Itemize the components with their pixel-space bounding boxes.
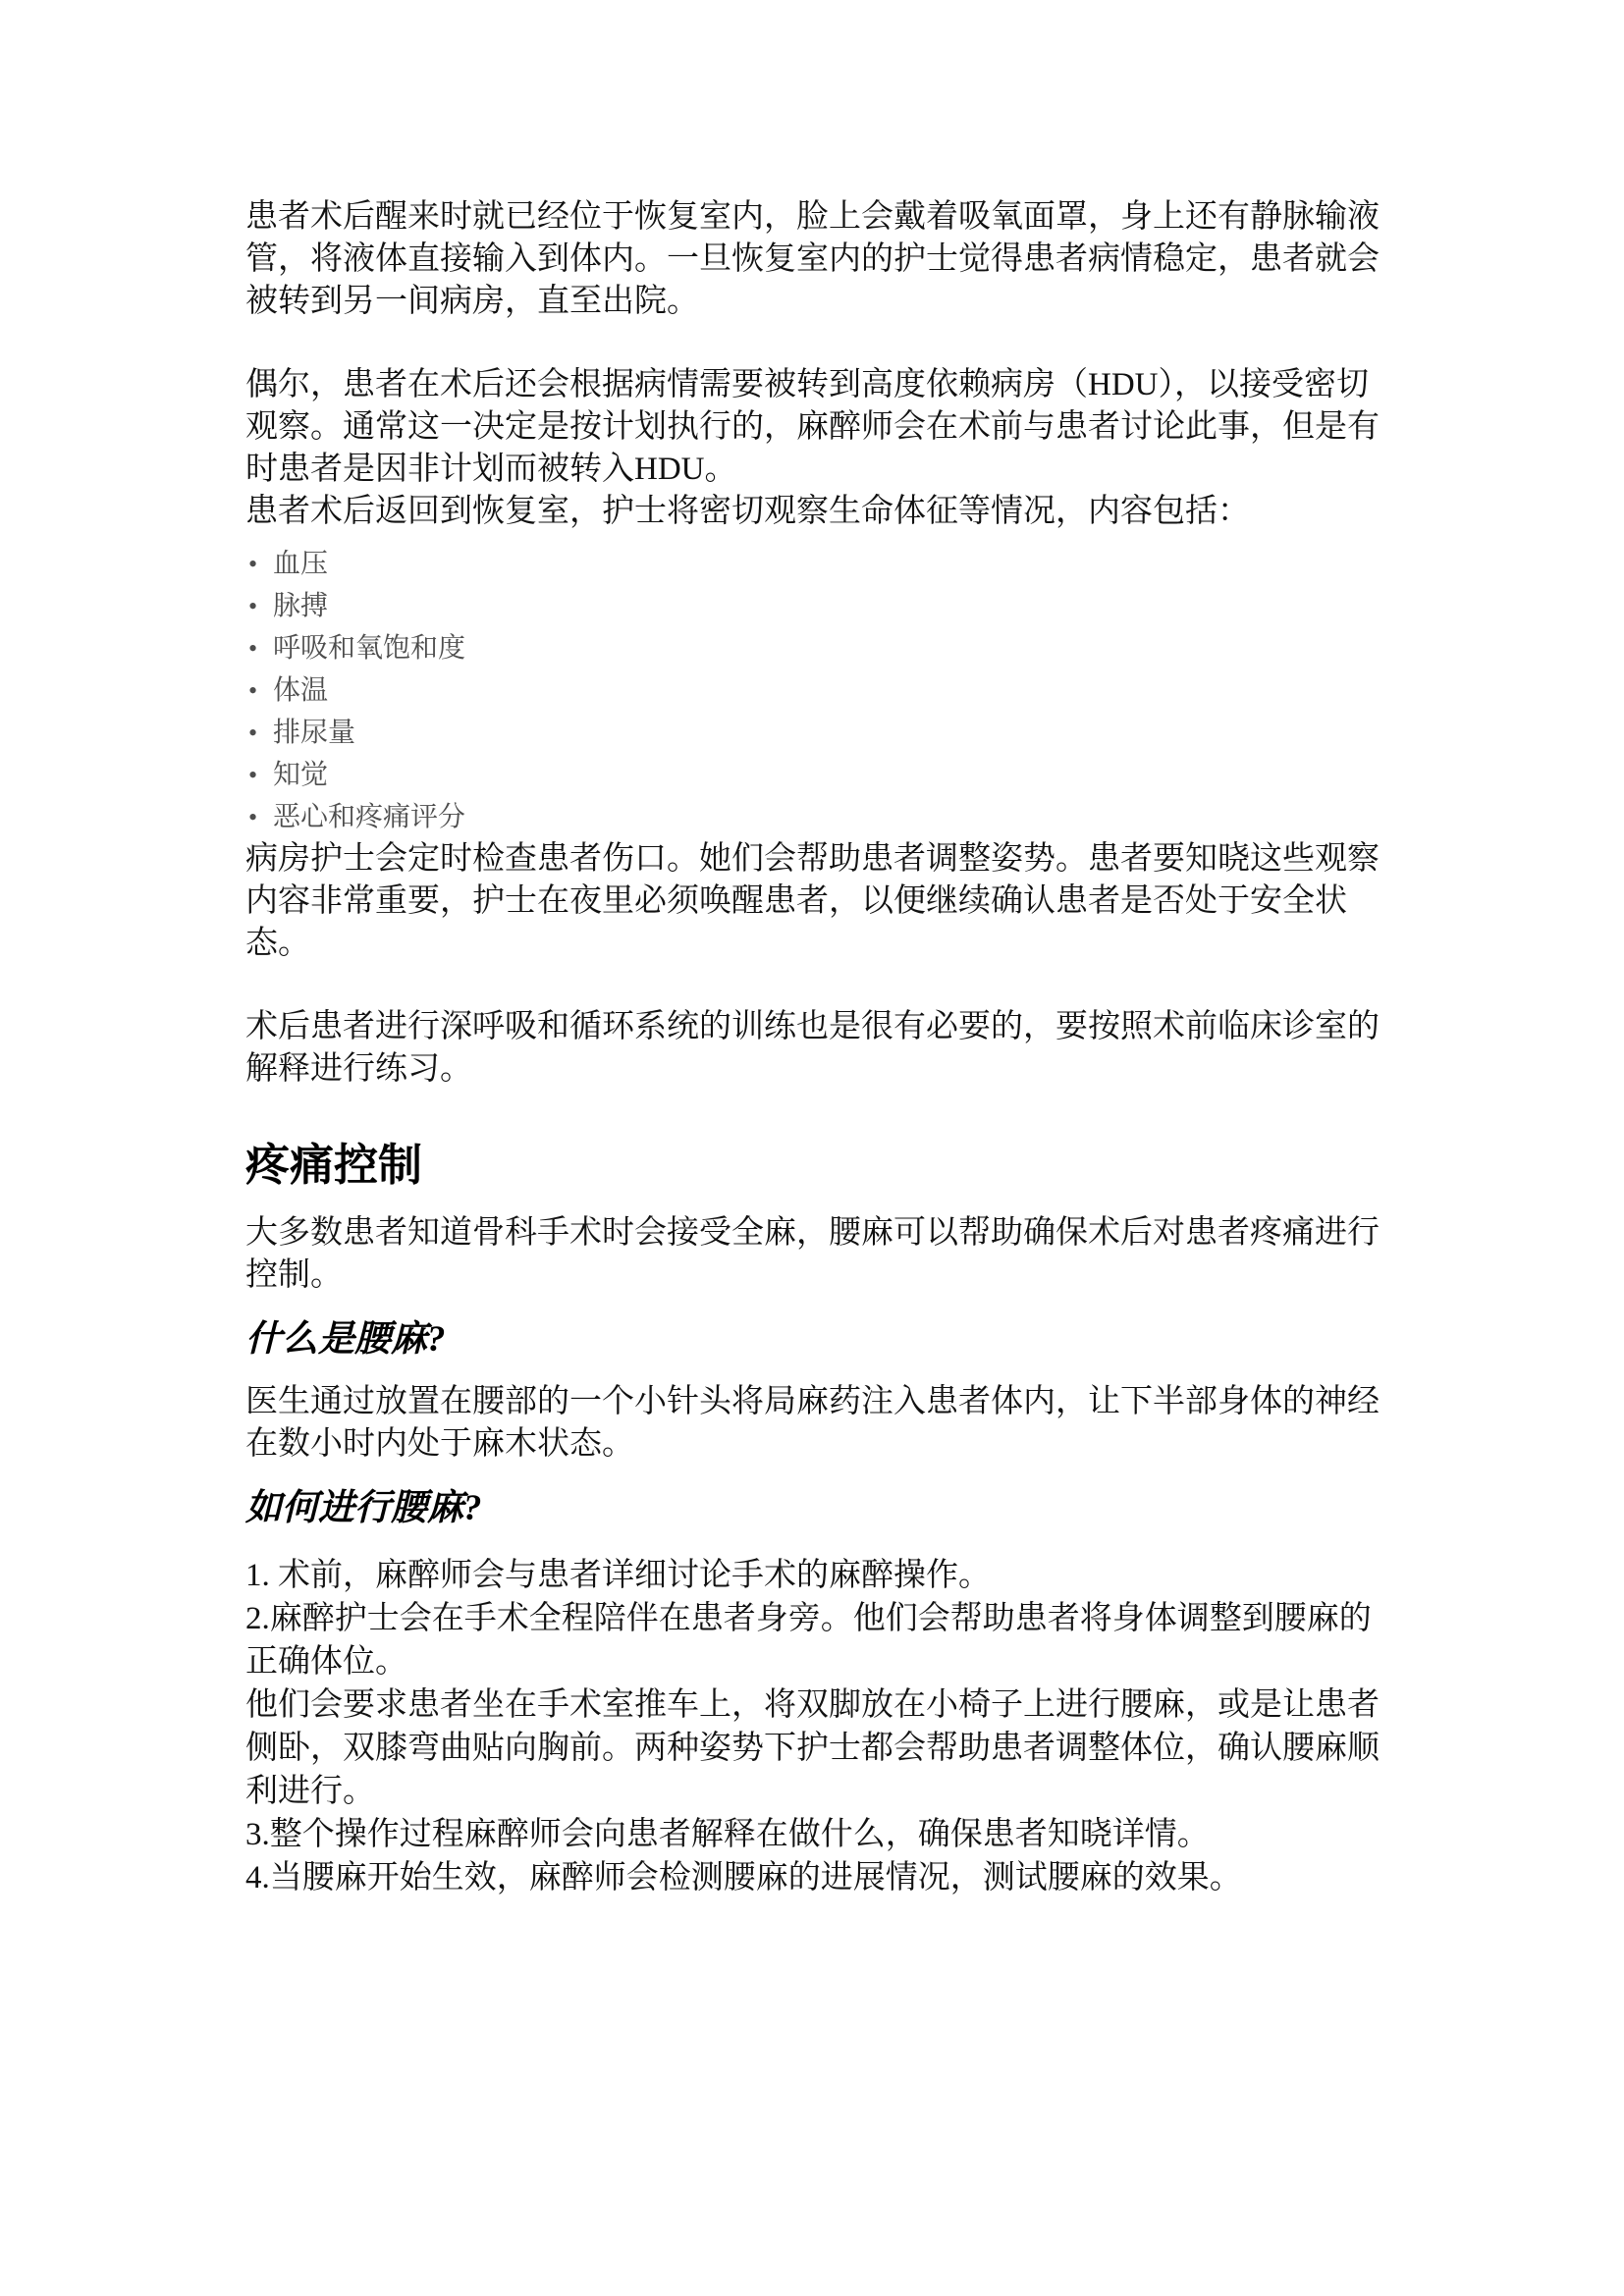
- vital-label: 知觉: [273, 760, 328, 790]
- vital-label: 血压: [273, 549, 328, 579]
- spinal-steps-list: 1. 术前，麻醉师会与患者详细讨论手术的麻醉操作。 2.麻醉护士会在手术全程陪伴…: [245, 1554, 1382, 1899]
- document-body: 患者术后醒来时就已经位于恢复室内，脸上会戴着吸氧面罩，身上还有静脉输液管，将液体…: [245, 196, 1382, 1899]
- vitals-list: • 血压 • 脉搏 • 呼吸和氧饱和度 • 体温 • 排尿量 • 知觉 • 恶心…: [245, 543, 1382, 838]
- section-heading-pain-control: 疼痛控制: [245, 1138, 1382, 1193]
- list-item: • 体温: [245, 669, 1382, 712]
- vital-label: 体温: [273, 675, 328, 706]
- list-item: • 排尿量: [245, 712, 1382, 754]
- bullet-icon: •: [248, 754, 257, 796]
- paragraph-monitor-intro: 患者术后返回到恢复室，护士将密切观察生命体征等情况，内容包括：: [245, 491, 1382, 533]
- vital-label: 排尿量: [273, 718, 355, 748]
- list-item: • 脉搏: [245, 585, 1382, 627]
- step-item: 2.麻醉护士会在手术全程陪伴在患者身旁。他们会帮助患者将身体调整到腰麻的正确体位…: [245, 1597, 1382, 1683]
- bullet-icon: •: [248, 585, 257, 627]
- subheading-how-spinal-done: 如何进行腰麻?: [245, 1484, 1382, 1533]
- paragraph-recovery-room: 患者术后醒来时就已经位于恢复室内，脸上会戴着吸氧面罩，身上还有静脉输液管，将液体…: [245, 196, 1382, 323]
- bullet-icon: •: [248, 669, 257, 712]
- list-item: • 呼吸和氧饱和度: [245, 627, 1382, 669]
- vital-label: 呼吸和氧饱和度: [273, 633, 465, 664]
- subheading-what-is-spinal: 什么是腰麻?: [245, 1315, 1382, 1364]
- step-item: 他们会要求患者坐在手术室推车上，将双脚放在小椅子上进行腰麻，或是让患者侧卧，双膝…: [245, 1683, 1382, 1813]
- vital-label: 脉搏: [273, 591, 328, 621]
- step-item: 1. 术前，麻醉师会与患者详细讨论手术的麻醉操作。: [245, 1554, 1382, 1597]
- list-item: • 知觉: [245, 754, 1382, 796]
- list-item: • 恶心和疼痛评分: [245, 796, 1382, 838]
- document-page: { "doc": { "para_recovery": "患者术后醒来时就已经位…: [0, 0, 1624, 2296]
- paragraph-what-is-spinal: 医生通过放置在腰部的一个小针头将局麻药注入患者体内，让下半部身体的神经在数小时内…: [245, 1381, 1382, 1466]
- list-item: • 血压: [245, 543, 1382, 585]
- paragraph-hdu: 偶尔，患者在术后还会根据病情需要被转到高度依赖病房（HDU），以接受密切观察。通…: [245, 364, 1382, 491]
- vital-label: 恶心和疼痛评分: [273, 802, 465, 832]
- paragraph-pain-intro: 大多数患者知道骨科手术时会接受全麻，腰麻可以帮助确保术后对患者疼痛进行控制。: [245, 1212, 1382, 1297]
- bullet-icon: •: [248, 543, 257, 585]
- step-item: 4.当腰麻开始生效，麻醉师会检测腰麻的进展情况，测试腰麻的效果。: [245, 1856, 1382, 1899]
- bullet-icon: •: [248, 712, 257, 754]
- bullet-icon: •: [248, 796, 257, 838]
- paragraph-exercise: 术后患者进行深呼吸和循环系统的训练也是很有必要的，要按照术前临床诊室的解释进行练…: [245, 1006, 1382, 1091]
- bullet-icon: •: [248, 627, 257, 669]
- step-item: 3.整个操作过程麻醉师会向患者解释在做什么，确保患者知晓详情。: [245, 1813, 1382, 1856]
- paragraph-ward-nurses: 病房护士会定时检查患者伤口。她们会帮助患者调整姿势。患者要知晓这些观察内容非常重…: [245, 838, 1382, 965]
